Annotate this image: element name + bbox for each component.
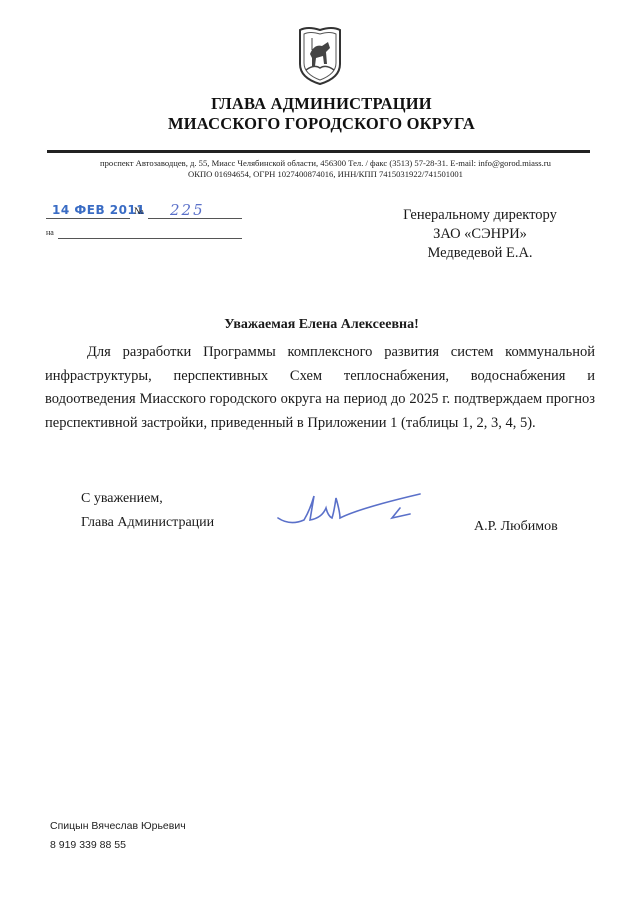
number-label: №	[134, 206, 144, 217]
date-underline	[46, 218, 130, 219]
letterhead-divider	[47, 150, 590, 153]
reference-label: на	[46, 228, 54, 237]
recipient-company: ЗАО «СЭНРИ»	[380, 225, 580, 244]
recipient-block: Генеральному директору ЗАО «СЭНРИ» Медве…	[380, 206, 580, 263]
letterhead-title-line2: МИАССКОГО ГОРОДСКОГО ОКРУГА	[0, 114, 643, 134]
greeting: Уважаемая Елена Алексеевна!	[0, 317, 643, 333]
letter-body: Для разработки Программы комплексного ра…	[45, 341, 595, 435]
closing-salutation: С уважением,	[81, 491, 163, 507]
coat-of-arms-icon	[294, 24, 346, 86]
letterhead-address: проспект Автозаводцев, д. 55, Миасс Челя…	[4, 158, 643, 168]
date-stamp: 14 ФЕВ 2011	[52, 203, 145, 217]
outgoing-number: 225	[170, 201, 205, 219]
recipient-name: Медведевой Е.А.	[380, 244, 580, 263]
signature-icon	[270, 488, 440, 528]
letterhead-registry-codes: ОКПО 01694654, ОГРН 1027400874016, ИНН/К…	[4, 169, 643, 179]
number-underline	[148, 218, 242, 219]
letterhead-title-line1: ГЛАВА АДМИНИСТРАЦИИ	[0, 94, 643, 114]
signer-name: А.Р. Любимов	[474, 519, 558, 535]
contact-name: Спицын Вячеслав Юрьевич	[50, 820, 186, 832]
reference-underline	[58, 238, 242, 239]
signer-position: Глава Администрации	[81, 515, 214, 531]
recipient-position: Генеральному директору	[380, 206, 580, 225]
contact-phone: 8 919 339 88 55	[50, 839, 126, 851]
